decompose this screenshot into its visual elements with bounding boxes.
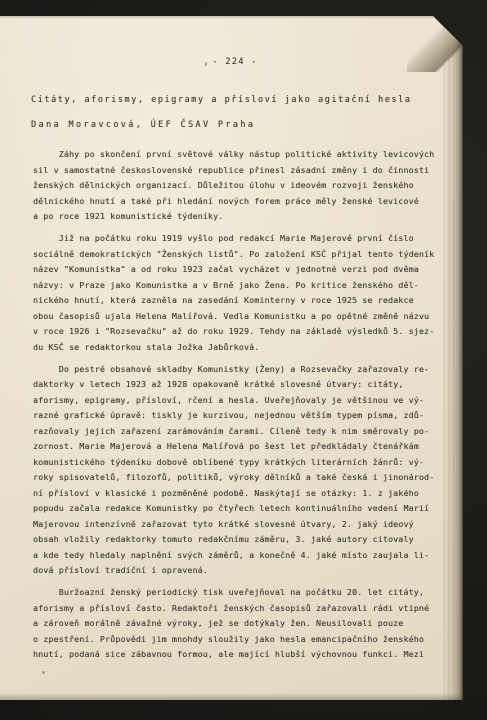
text-line: Buržoazní ženský periodický tisk uveřejň… xyxy=(33,585,439,601)
scanned-page: - 224 - Citáty, aforismy, epigramy a pří… xyxy=(0,16,463,700)
body-text: Záhy po skončení první světové války nás… xyxy=(33,147,439,669)
text-line: ženských dělnických organizací. Důležito… xyxy=(33,178,439,194)
text-line: daktorky v letech 1923 až 1928 opakovaně… xyxy=(33,377,439,393)
paragraph: Již na počátku roku 1919 vyšlo pod redak… xyxy=(33,231,439,355)
text-line: dělnického hnutí a také při hledání nový… xyxy=(33,194,439,210)
scan-speck xyxy=(42,671,45,674)
text-line: razňovaly jejich zařazení zarámováním ča… xyxy=(33,424,439,440)
paragraph: Záhy po skončení první světové války nás… xyxy=(33,147,439,225)
text-line: dová přísloví tradiční i opravená. xyxy=(33,563,439,579)
page-content: - 224 - Citáty, aforismy, epigramy a pří… xyxy=(0,16,463,700)
text-line: razné grafické úpravě: tiskly je kurzivo… xyxy=(33,408,439,424)
text-line: aforismy a přísloví často. Redaktoři žen… xyxy=(33,601,439,617)
text-line: Majerovou intenzívně zařazovat tyto krát… xyxy=(33,517,439,533)
text-line: hnutí, podaná sice zábavnou formou, ale … xyxy=(33,647,439,663)
text-line: názvy: v Praze jako Komunistka a v Brně … xyxy=(33,278,439,294)
text-line: Již na počátku roku 1919 vyšlo pod redak… xyxy=(33,231,439,247)
text-line: a po roce 1921 komunistické týdeníky. xyxy=(33,209,439,225)
document-title: Citáty, aforismy, epigramy a přísloví ja… xyxy=(31,95,411,105)
scan-speck xyxy=(58,301,60,303)
text-line: sociálně demokratických "Ženských listů"… xyxy=(33,247,439,263)
text-line: roky spisovatelů, filozofů, politiků, vý… xyxy=(33,470,439,486)
text-line: du KSČ se redaktorkou stala Jožka Jabůrk… xyxy=(33,340,439,356)
text-line: název "Komunistka" a od roku 1923 začal … xyxy=(33,262,439,278)
text-line: v roce 1926 i "Rozsevačku" až do roku 19… xyxy=(33,324,439,340)
document-author: Dana Moravcová, ÚEF ČSAV Praha xyxy=(31,120,255,130)
text-line: a kde tedy hledaly naplnění svých záměrů… xyxy=(33,548,439,564)
text-line: nického hnutí, která zazněla na zasedání… xyxy=(33,293,439,309)
text-line: zornost. Marie Majerová a Helena Malířov… xyxy=(33,439,439,455)
text-line: a zároveň morálně závažné výroky, jež se… xyxy=(33,616,439,632)
text-line: obsah vložily redaktorky tomuto redakční… xyxy=(33,532,439,548)
paragraph: Buržoazní ženský periodický tisk uveřejň… xyxy=(33,585,439,663)
page-number: - 224 - xyxy=(33,57,437,67)
text-line: o zpestření. Průpovědi jim mnohdy slouži… xyxy=(33,632,439,648)
text-line: Do pestré obsahové skladby Komunistky (Ž… xyxy=(33,362,439,378)
text-line: aforismy, epigramy, přísloví, rčení a he… xyxy=(33,393,439,409)
text-line: ní přísloví v klasické i pozměněné podob… xyxy=(33,486,439,502)
scanner-background: - 224 - Citáty, aforismy, epigramy a pří… xyxy=(0,0,487,720)
text-line: popudu začala redakce Komunistky po čtyř… xyxy=(33,501,439,517)
paragraph: Do pestré obsahové skladby Komunistky (Ž… xyxy=(33,362,439,579)
text-line: komunistického týdeníku dobově oblíbené … xyxy=(33,455,439,471)
text-line: obou časopisů ujala Helena Malířová. Ved… xyxy=(33,309,439,325)
text-line: Záhy po skončení první světové války nás… xyxy=(33,147,439,163)
text-line: sil v samostatné československé republic… xyxy=(33,163,439,179)
